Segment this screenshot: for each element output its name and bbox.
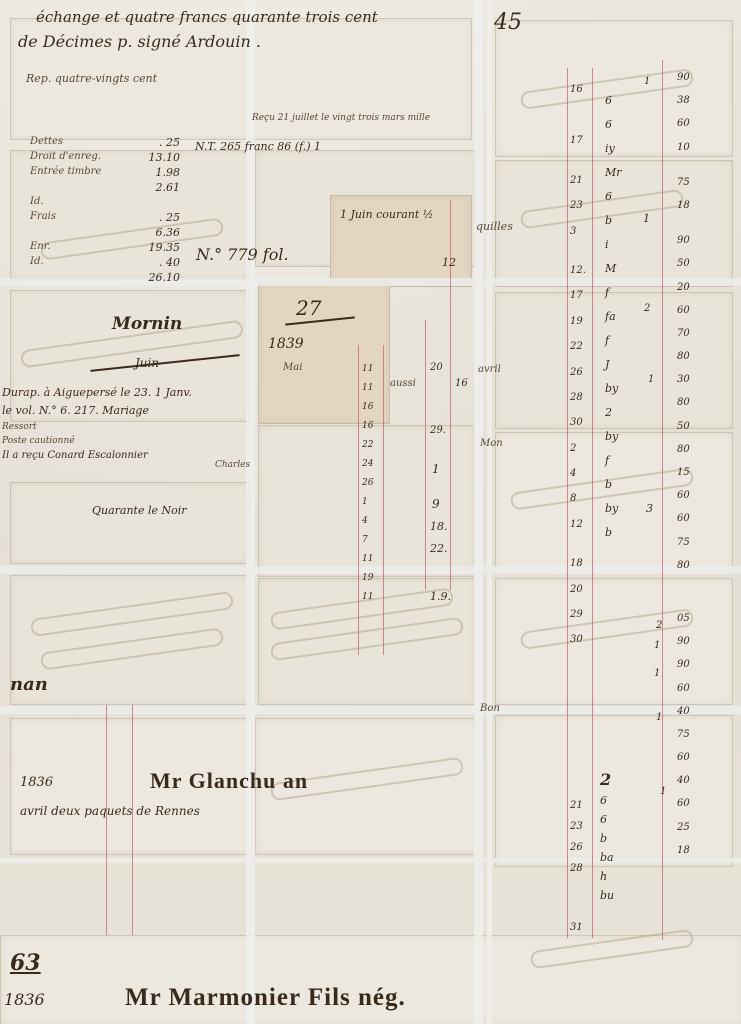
right-abbrev-column: 6 6 iy Mr 6 b i M f fa f J by 2 by f b b… [605,94,622,539]
day-cell: 16 [362,421,373,433]
account-value: . 40 [159,256,180,269]
abbrev-cell: f [605,286,622,299]
account-value: 26.10 [149,271,181,284]
account-label: Droit d'enreg. [30,151,101,164]
amount-cell: 29. [430,425,446,436]
amount-line: N.T. 265 franc 86 (f.) 1 [195,140,321,153]
day-cell: 17 [570,135,586,148]
day-cell: 12 [570,519,586,532]
day-cell: 28 [570,863,583,876]
day-cell: 8 [570,493,586,506]
text-line: Ressort [2,422,192,434]
year: 1839 [268,336,304,352]
amount-cell: 05 [677,613,690,626]
account-labels: Dettes Droit d'enreg. Entrée timbre Id. … [30,136,101,269]
day-cell: 19 [362,573,373,585]
ruled-line [383,345,384,655]
day-cell: 21 [570,800,583,813]
row-note: aussi [390,378,416,389]
day-cell: 26 [570,842,583,855]
qty-cell: 1 [656,712,662,723]
right-day-column-lower: 21 23 26 28 31 [570,800,583,935]
day-cell: 11 [362,592,373,604]
amount-cell: 20 [430,362,443,373]
year: 1836 [20,775,53,790]
day-cell: 19 [570,316,586,329]
amount-cell: 15 [677,467,690,480]
amount-cell: 20 [677,282,690,295]
amount-cell: 60 [677,305,690,318]
left-note: avril [478,364,501,375]
text-line: Durap. à Aiguepersé le 23. 1 Janv. [2,386,192,402]
account-label: Frais [30,211,101,224]
account-label: Enr. [30,241,101,254]
signature: Mornin [112,314,182,334]
mid-text: 1 Juin courant ½ [340,208,433,221]
abbrev-cell: f [605,454,622,467]
account-title: Mr Glanchu an [150,768,308,794]
account-label: Id. [30,196,101,209]
text-line: Rep. quatre-vingts cent [26,72,157,85]
abbrev-cell: ba [600,851,614,864]
amount-cell: 90 [677,636,690,649]
bottom-word: nan [10,674,48,695]
abbrev-cell: fa [605,310,622,323]
day-cell: 22 [362,440,373,452]
day-cell: 11 [362,364,373,376]
amount-cell: 75 [677,537,690,550]
abbrev-cell: by [605,382,622,395]
abbrev-cell: 6 [605,190,622,203]
amount-cell: 70 [677,328,690,341]
amount-cell: 22. [430,542,448,555]
account-value: 6.36 [156,226,181,239]
folio-number: 63 [10,950,41,976]
day-cell: 22 [570,341,586,354]
amount-cell: 80 [677,444,690,457]
amount-cell: 60 [677,490,690,503]
abbrev-cell: iy [605,142,622,155]
folio-note: N.° 779 fol. [196,245,289,264]
text-line: Poste cautionné [2,436,192,448]
qty-cell: 2 [644,303,650,314]
abbrev-cell: 2 [605,406,622,419]
abbrev-cell: 6 [600,794,614,807]
day-cell: 30 [570,417,586,430]
day-cell: 24 [362,459,373,471]
day-cell: 17 [570,290,586,303]
amount-cell: 40 [677,775,690,788]
day-cell: 12. [570,265,586,278]
account-value: 19.35 [149,241,181,254]
middle-left-lines: Durap. à Aiguepersé le 23. 1 Janv. le vo… [2,386,192,464]
abbrev-cell: by [605,502,622,515]
right-abbrev-column-lower: 2 6 6 b ba h bu [600,770,614,902]
amount-cell: 60 [677,513,690,526]
qty-cell: 1 [643,212,650,225]
amount-cell: 25 [677,822,690,835]
account-value: 2.61 [156,181,181,194]
amount-cell: 9 [432,497,440,511]
account-values: . 25 13.10 1.98 2.61 . 25 6.36 19.35 . 4… [130,136,180,284]
qty-cell: 1 [654,640,660,651]
qty-cell: 1 [648,374,654,385]
abbrev-cell: 6 [605,94,622,107]
account-label: Id. [30,256,101,269]
abbrev-cell: 2 [600,770,614,788]
amount-cell: 80 [677,560,690,573]
day-cell: 4 [362,516,373,528]
day-cell: 28 [570,392,586,405]
day-cell: 21 [570,175,586,188]
qty-cell: 1 [654,668,660,679]
day-cell: 20 [570,584,586,597]
qty-cell: 3 [646,502,653,515]
qty-cell: 1 [660,786,666,797]
day-cell: 29 [570,609,586,622]
abbrev-cell: b [605,478,622,491]
day-cell: 18 [570,558,586,571]
amount-cell: 40 [677,706,690,719]
amount-cell: 30 [677,374,690,387]
right-amount-column: 90 38 60 10 75 18 90 50 20 60 70 80 30 8… [677,72,690,858]
mid-number: 12 [442,256,456,269]
abbrev-cell: by [605,430,622,443]
center-day-column: 11 11 16 16 22 24 26 1 4 7 11 19 11 [362,364,373,604]
abbrev-cell: h [600,870,614,883]
day-cell: 31 [570,922,583,935]
day-cell: 26 [362,478,373,490]
account-value: 1.98 [156,166,181,179]
day-cell: 23 [570,821,583,834]
amount-cell: 60 [677,798,690,811]
day-cell: 2 [570,443,586,456]
crossed-page-number: 27 [296,296,321,320]
qty-cell: 1 [644,76,650,87]
mount-gap [487,0,492,1024]
ruled-line [567,68,568,938]
day-cell: 4 [570,468,586,481]
ruled-line [662,60,663,940]
amount-cell: 60 [677,752,690,765]
amount-cell: 90 [677,235,690,248]
amount-cell: 50 [677,421,690,434]
day-cell: 23 [570,200,586,213]
amount-cell: 60 [677,683,690,696]
amount-cell: 10 [677,142,690,155]
text-line: Il a reçu Conard Escalonnier [2,450,192,464]
amount-cell: 18. [430,520,448,533]
left-note: Mon [480,438,503,449]
day-cell: 3 [570,226,586,239]
abbrev-cell: i [605,238,622,251]
amount-cell: 1.9. [430,590,451,603]
amount-cell: 50 [677,258,690,271]
abbrev-cell: M [605,262,622,275]
account-subtitle: avril deux paquets de Rennes [20,804,200,818]
account-label: Entrée timbre [30,166,101,179]
abbrev-cell: 6 [605,118,622,131]
day-cell: 11 [362,554,373,566]
mount-gap [474,0,483,1024]
day-cell: 7 [362,535,373,547]
amount-cell: 80 [677,397,690,410]
right-day-column: 16 17 21 23 3 12. 17 19 22 26 28 30 2 4 … [570,84,586,647]
mount-gap [0,858,741,863]
abbrev-cell: f [605,334,622,347]
ruled-line [592,68,593,938]
account-value: . 25 [159,211,180,224]
amount-cell: 80 [677,351,690,364]
amount-cell: 90 [677,72,690,85]
year: 1836 [4,990,45,1009]
ruled-line [106,705,107,935]
left-note: quilles [476,220,513,233]
abbrev-cell: Mr [605,166,622,179]
amount-cell: 18 [677,845,690,858]
document-photo: échange et quatre francs quarante trois … [0,0,741,1024]
ruled-line [425,320,426,590]
amount-cell: 1 [432,462,440,476]
amount-cell: 16 [455,378,468,389]
account-title: Mr Marmonier Fils nég. [125,984,406,1012]
amount-cell: 18 [677,200,690,213]
abbrev-cell: b [605,214,622,227]
receipt-note: Reçu 21 juillet le vingt trois mars mill… [252,113,430,123]
day-cell: 1 [362,497,373,509]
account-label: Dettes [30,136,101,149]
amount-cell: 75 [677,729,690,742]
account-label [30,226,101,239]
text-line: le vol. N.° 6. 217. Mariage [2,404,192,420]
text-line: Quarante le Noir [92,504,187,517]
abbrev-cell: b [605,526,622,539]
account-value: 13.10 [149,151,181,164]
mount-gap [246,0,255,1024]
day-cell: 26 [570,367,586,380]
day-cell: 11 [362,383,373,395]
page-number: 45 [494,10,522,35]
ruled-line [132,705,133,935]
abbrev-cell: bu [600,889,614,902]
amount-cell: 60 [677,118,690,131]
account-label [30,181,101,194]
amount-cell: 38 [677,95,690,108]
abbrev-cell: 6 [600,813,614,826]
amount-cell: 90 [677,659,690,672]
text-line: de Décimes p. signé Ardouin . [18,32,261,51]
day-cell: 16 [570,84,586,97]
qty-cell: 2 [656,620,662,631]
mount-gap [0,278,741,286]
mount-gap [0,706,741,714]
account-value: . 25 [159,136,180,149]
ruled-line [358,345,359,655]
text-line: échange et quatre francs quarante trois … [36,8,378,26]
abbrev-cell: J [605,358,622,371]
month: Mai [283,362,302,373]
day-cell: 30 [570,634,586,647]
fragment-quarante [10,482,250,564]
abbrev-cell: b [600,832,614,845]
amount-cell: 75 [677,177,690,190]
day-cell: 16 [362,402,373,414]
margin-note: Charles [215,460,250,470]
left-note: Bon [480,703,500,714]
